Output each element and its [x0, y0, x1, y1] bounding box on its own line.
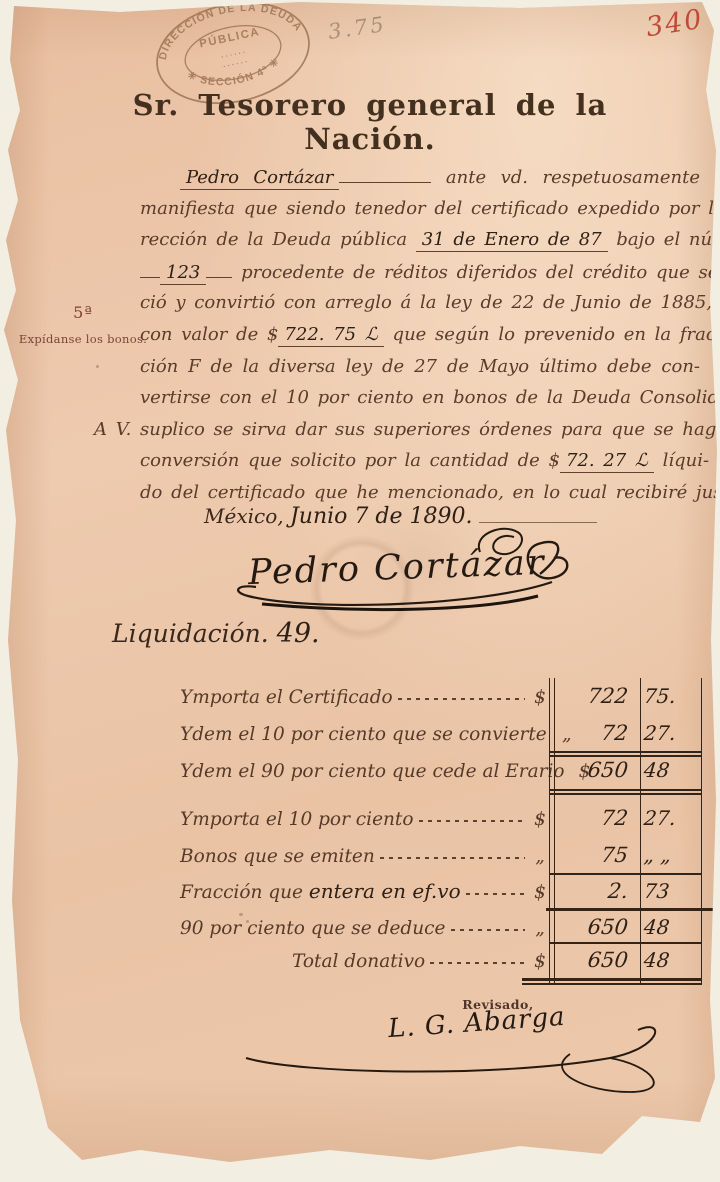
table-rule-horizontal: [549, 755, 702, 757]
foxing-speck: [246, 920, 249, 923]
petition-line-6: con valor de $722. 75 ℒ que según lo pre…: [140, 324, 700, 356]
amount-cents: 27.: [635, 721, 698, 745]
petition-line-3: rección de la Deuda pública 31 de Enero …: [140, 229, 700, 261]
certificate-date-fill: 31 de Enero de 87: [416, 229, 608, 252]
table-rule-vertical: [640, 678, 641, 984]
row-label-handwritten: entera en ef.vo: [309, 879, 461, 903]
petition-line-10: conversión que solicito por la cantidad …: [140, 450, 700, 482]
petition-text: bajo el número: [616, 229, 720, 250]
amount-pesos: 722: [549, 684, 638, 708]
conversion-amount-fill: 72. 27 ℒ: [560, 450, 654, 473]
petition-line-1: Pedro Cortázar ante vd. respetuosamente: [140, 166, 700, 198]
petition-line-9: A V. suplico se sirva dar sus superiores…: [94, 419, 700, 451]
document-page: 3.75 340 DIRECCIÓN DE LA DEUDA PÚBLICA ·…: [0, 0, 720, 1182]
reviewer-flourish-icon: [238, 1000, 678, 1105]
document-title: Sr. Tesorero general de la Nación.: [60, 88, 680, 156]
petition-text: vertirse con el 10 por ciento en bonos d…: [140, 387, 720, 408]
amount-pesos: 2.: [549, 879, 638, 903]
petition-text: ció y convirtió con arreglo á la ley de …: [140, 292, 712, 313]
petition-text: procedente de réditos diferidos del créd…: [241, 262, 720, 283]
table-row: Ymporta el 10 por ciento$ 72 27.: [180, 806, 702, 836]
table-rule-vertical: [554, 678, 555, 984]
foxing-speck: [239, 913, 243, 916]
petition-text: rección de la Deuda pública: [140, 229, 407, 250]
signature-flourish-icon: [222, 534, 582, 624]
table-row: 90 por ciento que se deduce„ 650 48: [180, 915, 702, 945]
dotted-leader: [466, 893, 525, 895]
stamp-center-text: PÚBLICA: [198, 25, 261, 51]
margin-clause-number: 5ª: [18, 303, 148, 322]
table-rule-horizontal-heavy: [546, 908, 716, 911]
table-rule-horizontal: [549, 751, 702, 753]
dotted-leader: [430, 962, 525, 964]
pencil-annotation: 3.75: [327, 12, 389, 44]
row-label: Ymporta el Certificado: [180, 687, 393, 708]
row-label: Bonos que se emiten: [180, 846, 375, 867]
table-rule-horizontal: [549, 873, 702, 875]
currency-sign: $: [530, 809, 550, 830]
table-rule-horizontal: [549, 942, 702, 944]
petition-text: ante vd. respetuosamente: [446, 167, 700, 188]
petition-line-7: ción F de la diversa ley de 27 de Mayo ú…: [140, 356, 700, 388]
table-rule-bottom-double: [522, 978, 702, 981]
table-rule-vertical: [701, 678, 702, 984]
margin-clause-text: Expídanse los bonos.: [18, 332, 148, 346]
row-label: 90 por ciento que se deduce: [180, 918, 446, 939]
table-rule-horizontal: [549, 789, 702, 791]
row-label: Ymporta el 10 por ciento: [180, 809, 414, 830]
dateline-hand-date: Junio 7 de 1890.: [290, 504, 473, 529]
ditto-sign: „: [530, 918, 550, 939]
amount-cents: 27.: [635, 806, 698, 830]
blank-line: [206, 261, 232, 278]
petition-text: A V.: [94, 419, 131, 440]
table-row-total: Total donativo$ 650 48: [180, 948, 702, 978]
table-row: Ymporta el Certificado$ 722 75.: [180, 684, 702, 714]
liquidacion-label: Liquidación.: [112, 619, 269, 648]
petition-text: suplico se sirva dar sus superiores órde…: [140, 419, 720, 440]
row-label: Ydem el 90 por ciento que cede al Erario: [180, 761, 565, 782]
petition-text: manifiesta que siendo tenedor del certif…: [140, 198, 720, 219]
row-label: Fracción que: [180, 882, 303, 903]
table-row: Ydem el 90 por ciento que cede al Erario…: [180, 758, 702, 788]
peso-sign: $: [549, 450, 560, 471]
amount-pesos: 650: [549, 758, 638, 782]
total-label: Total donativo: [292, 951, 425, 972]
dateline-city: México,: [204, 504, 284, 528]
currency-sign: $: [530, 882, 550, 903]
table-rule-horizontal: [549, 793, 702, 795]
dotted-leader: [380, 857, 525, 859]
petition-line-5: ció y convirtió con arreglo á la ley de …: [140, 292, 700, 324]
liquidacion-number: 49.: [277, 618, 320, 649]
currency-sign: $: [530, 687, 550, 708]
folio-number: 340: [644, 4, 706, 44]
petition-text: conversión que solicito por la cantidad …: [140, 450, 540, 471]
amount-cents: 75.: [635, 684, 698, 708]
table-rule-bottom-double: [522, 983, 702, 985]
petition-text: con valor de: [140, 324, 258, 345]
table-rule-vertical: [549, 678, 550, 984]
petition-text: do del certificado que he mencionado, en…: [140, 482, 720, 503]
amount-cents: 48: [635, 758, 698, 782]
dotted-leader: [398, 698, 525, 700]
dotted-leader: [419, 820, 525, 822]
peso-sign: $: [267, 324, 278, 345]
dotted-leader: [451, 929, 526, 931]
petition-line-8: vertirse con el 10 por ciento en bonos d…: [140, 387, 700, 419]
petitioner-name-fill: Pedro Cortázar: [180, 167, 339, 190]
petition-body: Pedro Cortázar ante vd. respetuosamente …: [140, 166, 700, 514]
table-row: Ydem el 10 por ciento que se convierte„ …: [180, 721, 702, 751]
amount-pesos: 72: [549, 721, 638, 745]
amount-cents: 73: [635, 879, 698, 903]
amount-cents: „ „: [635, 843, 698, 867]
amount-pesos: 650: [549, 915, 638, 939]
blank-line: [339, 166, 431, 183]
petition-text: líqui-: [663, 450, 709, 471]
currency-sign: $: [530, 951, 550, 972]
table-row: Fracción que entera en ef.vo$ 2. 73: [180, 879, 702, 909]
blank-line: [140, 261, 160, 278]
table-row: Bonos que se emiten„ 75 „ „: [180, 843, 702, 873]
row-label: Ydem el 10 por ciento que se convierte: [180, 724, 547, 745]
total-cents: 48: [635, 948, 698, 972]
certificate-value-fill: 722. 75 ℒ: [278, 324, 383, 347]
petition-line-2: manifiesta que siendo tenedor del certif…: [140, 198, 700, 230]
foxing-speck: [96, 365, 99, 368]
ditto-sign: „: [530, 846, 550, 867]
margin-note: 5ª Expídanse los bonos.: [18, 303, 148, 346]
amount-pesos: 75: [549, 843, 638, 867]
certificate-number-fill: 123: [160, 262, 206, 285]
petition-text: ción F de la diversa ley de 27 de Mayo ú…: [140, 356, 700, 377]
total-pesos: 650: [549, 948, 638, 972]
amount-pesos: 72: [549, 806, 638, 830]
petition-line-4: 123 procedente de réditos diferidos del …: [140, 261, 700, 293]
aged-paper-sheet: 3.75 340 DIRECCIÓN DE LA DEUDA PÚBLICA ·…: [0, 0, 720, 1182]
liquidacion-heading: Liquidación. 49.: [112, 618, 320, 649]
petition-text: que según lo prevenido en la frac-: [393, 324, 720, 345]
amount-cents: 48: [635, 915, 698, 939]
